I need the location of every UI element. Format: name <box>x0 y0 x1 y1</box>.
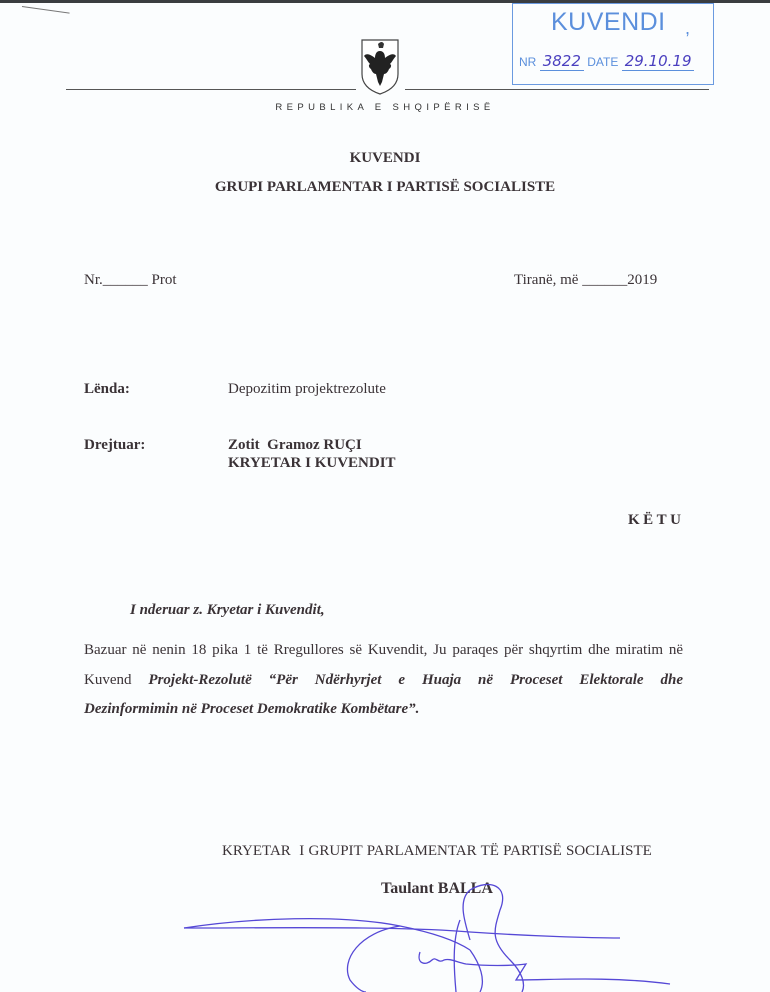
greeting: I nderuar z. Kryetar i Kuvendit, <box>130 602 325 619</box>
recipient-title: KRYETAR I KUVENDIT <box>228 455 396 472</box>
subject-label: Lënda: <box>84 381 130 398</box>
handwritten-signature-icon <box>170 880 770 992</box>
stamp-row: NR 3822 DATE 29.10.19 <box>519 52 694 71</box>
recipient-name: Zotit Gramoz RUÇI <box>228 437 362 454</box>
resolution-title-part-1: Projekt-Rezolutë “Për Ndërhyrjet e Huaja… <box>148 672 683 688</box>
reception-stamp: KUVENDI , NR 3822 DATE 29.10.19 <box>512 3 714 85</box>
recipient-label: Drejtuar: <box>84 437 145 454</box>
resolution-title-part-2: Dezinformimin në Proceset Demokratike Ko… <box>84 695 683 725</box>
protocol-number: Nr.______ Prot <box>84 272 177 289</box>
place-date: Tiranë, më ______2019 <box>514 272 657 289</box>
recipient-location: KËTU <box>628 512 685 529</box>
letter-body: Bazuar në nenin 18 pika 1 të Rregullores… <box>84 636 683 725</box>
signatory-title: KRYETAR I GRUPIT PARLAMENTAR TË PARTISË … <box>222 843 652 860</box>
body-line-2: Kuvend Projekt-Rezolutë “Për Ndërhyrjet … <box>84 666 683 696</box>
group-heading: GRUPI PARLAMENTAR I PARTISË SOCIALISTE <box>0 179 770 196</box>
stamp-date-label: DATE <box>587 55 618 69</box>
header-rule-right <box>405 89 709 90</box>
stamp-mark: , <box>685 18 690 39</box>
body-line-1: Bazuar në nenin 18 pika 1 të Rregullores… <box>84 636 683 666</box>
header-rule-left <box>66 89 356 90</box>
country-name: REPUBLIKA E SHQIPËRISË <box>0 102 770 113</box>
albanian-eagle-emblem-icon <box>360 34 400 96</box>
stamp-nr-label: NR <box>519 55 536 69</box>
institution-heading: KUVENDI <box>0 150 770 167</box>
body-line-2-prefix: Kuvend <box>84 672 148 688</box>
stamp-nr-value: 3822 <box>543 52 581 70</box>
subject-value: Depozitim projektrezolute <box>228 381 386 398</box>
stamp-institution: KUVENDI <box>551 8 666 37</box>
scan-mark <box>22 6 70 14</box>
stamp-date-value: 29.10.19 <box>625 52 692 70</box>
